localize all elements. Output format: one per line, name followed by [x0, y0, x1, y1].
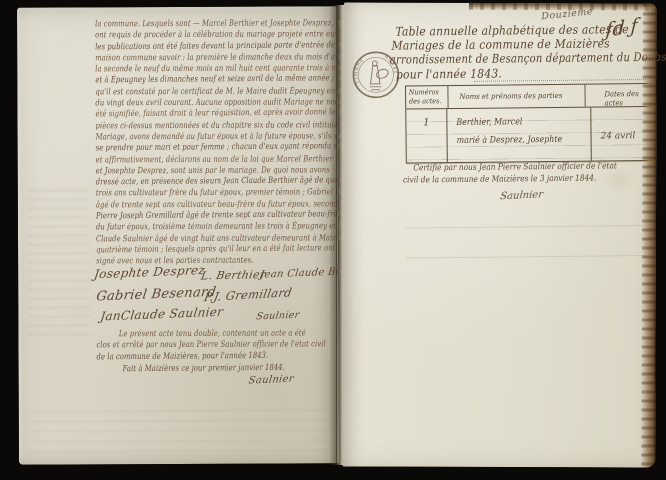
- handwritten-line: été signifiée, faisant droit à leur réqu…: [95, 108, 292, 121]
- handwritten-line: trois ans cultivateur frère du futur épo…: [96, 188, 293, 200]
- left-page: la commune. Lesquels sont — Marcel Berth…: [17, 6, 339, 464]
- dateline: Fait à Maizières ce jour premier janvier…: [123, 363, 285, 376]
- handwritten-line: les publications ont été faites devant l…: [95, 40, 292, 53]
- page-edge-top: [469, 3, 657, 11]
- handwritten-line: maison commune savoir : la première le d…: [95, 52, 292, 64]
- handwritten-line: de la commune de Maizières, pour l'année…: [97, 350, 294, 363]
- timbre-royal-stamp-icon: TIMBRE ROYAL: [351, 47, 402, 104]
- handwritten-line: la commune. Lesquels sont — Marcel Berth…: [95, 19, 292, 31]
- ruled-line: [405, 225, 645, 229]
- signature-besenard: Gabriel Besenard: [95, 285, 217, 305]
- handwritten-line: dressé acte, en présence des sieurs Jean…: [96, 176, 293, 189]
- handwritten-line: Pierre Joseph Gremillard âgé de trente s…: [96, 210, 293, 223]
- signature-l-berthier: L. Berthier: [200, 268, 267, 282]
- handwritten-line: quatrième témoin ; lesquels après qu'il …: [96, 244, 293, 257]
- signature-desprez: Josephte Desprez: [93, 263, 206, 281]
- column-header-numeros: Numéros des actes.: [406, 86, 449, 108]
- closing-statement: Le présent acte tenu double, contenant u…: [96, 328, 342, 363]
- bride-name: marié à Desprez, Josephte: [456, 131, 574, 150]
- annual-index-table: Numéros des actes. Noms et prénoms des p…: [405, 83, 656, 164]
- handwritten-line: civil de la commune de Maizières le 3 ja…: [403, 173, 626, 187]
- column-header-noms: Noms et prénoms des parties: [452, 85, 586, 108]
- handwritten-line: se prendre pour mari et pour femme ; cha…: [96, 142, 293, 155]
- signature-jc-saulnier: JanClaude Saulnier: [99, 305, 224, 324]
- handwritten-line: du futur époux, troisième témoin demeura…: [96, 222, 293, 234]
- act-number-cell: 1: [406, 109, 448, 162]
- right-page-content: Douzième ƒd ƒ Table annuelle alphabétiqu…: [343, 3, 661, 470]
- marriage-act-text: la commune. Lesquels sont — Marcel Berth…: [95, 18, 342, 268]
- signature-saulnier: Saulnier: [248, 374, 295, 387]
- ink-bleedthrough: [31, 401, 331, 460]
- right-page: Douzième ƒd ƒ Table annuelle alphabétiqu…: [342, 2, 657, 467]
- groom-name: Berthier, Marcel: [456, 113, 574, 132]
- ruled-line: [406, 255, 646, 259]
- handwritten-line: et affirmativement, déclarons au nom de …: [96, 154, 293, 166]
- table-title: Table annuelle alphabétique des actes de…: [395, 22, 652, 81]
- handwritten-line: Le présent acte tenu double, contenant u…: [96, 328, 293, 340]
- handwritten-line: pièces ci-dessus mentionnées et du chapi…: [95, 120, 292, 132]
- book-scan: la commune. Lesquels sont — Marcel Berth…: [0, 0, 666, 480]
- handwritten-line: et à Épeugney les dimanches neuf et seiz…: [95, 74, 292, 87]
- signature-saulnier: Saulnier: [499, 189, 543, 202]
- names-cell: Berthier, Marcel marié à Desprez, Joseph…: [447, 108, 592, 163]
- certification-statement: Certifié par nous Jean Pierre Saulnier o…: [403, 161, 659, 187]
- handwritten-line: qu'il est constaté par le certificat de …: [95, 86, 292, 98]
- table-header-row: Numéros des actes. Noms et prénoms des p…: [406, 84, 654, 110]
- signature-saulnier: Saulnier: [256, 310, 301, 323]
- table-row: 1 Berthier, Marcel marié à Desprez, Jose…: [406, 107, 655, 163]
- ink-bleedthrough: [28, 182, 91, 342]
- page-edge-right: [641, 3, 657, 467]
